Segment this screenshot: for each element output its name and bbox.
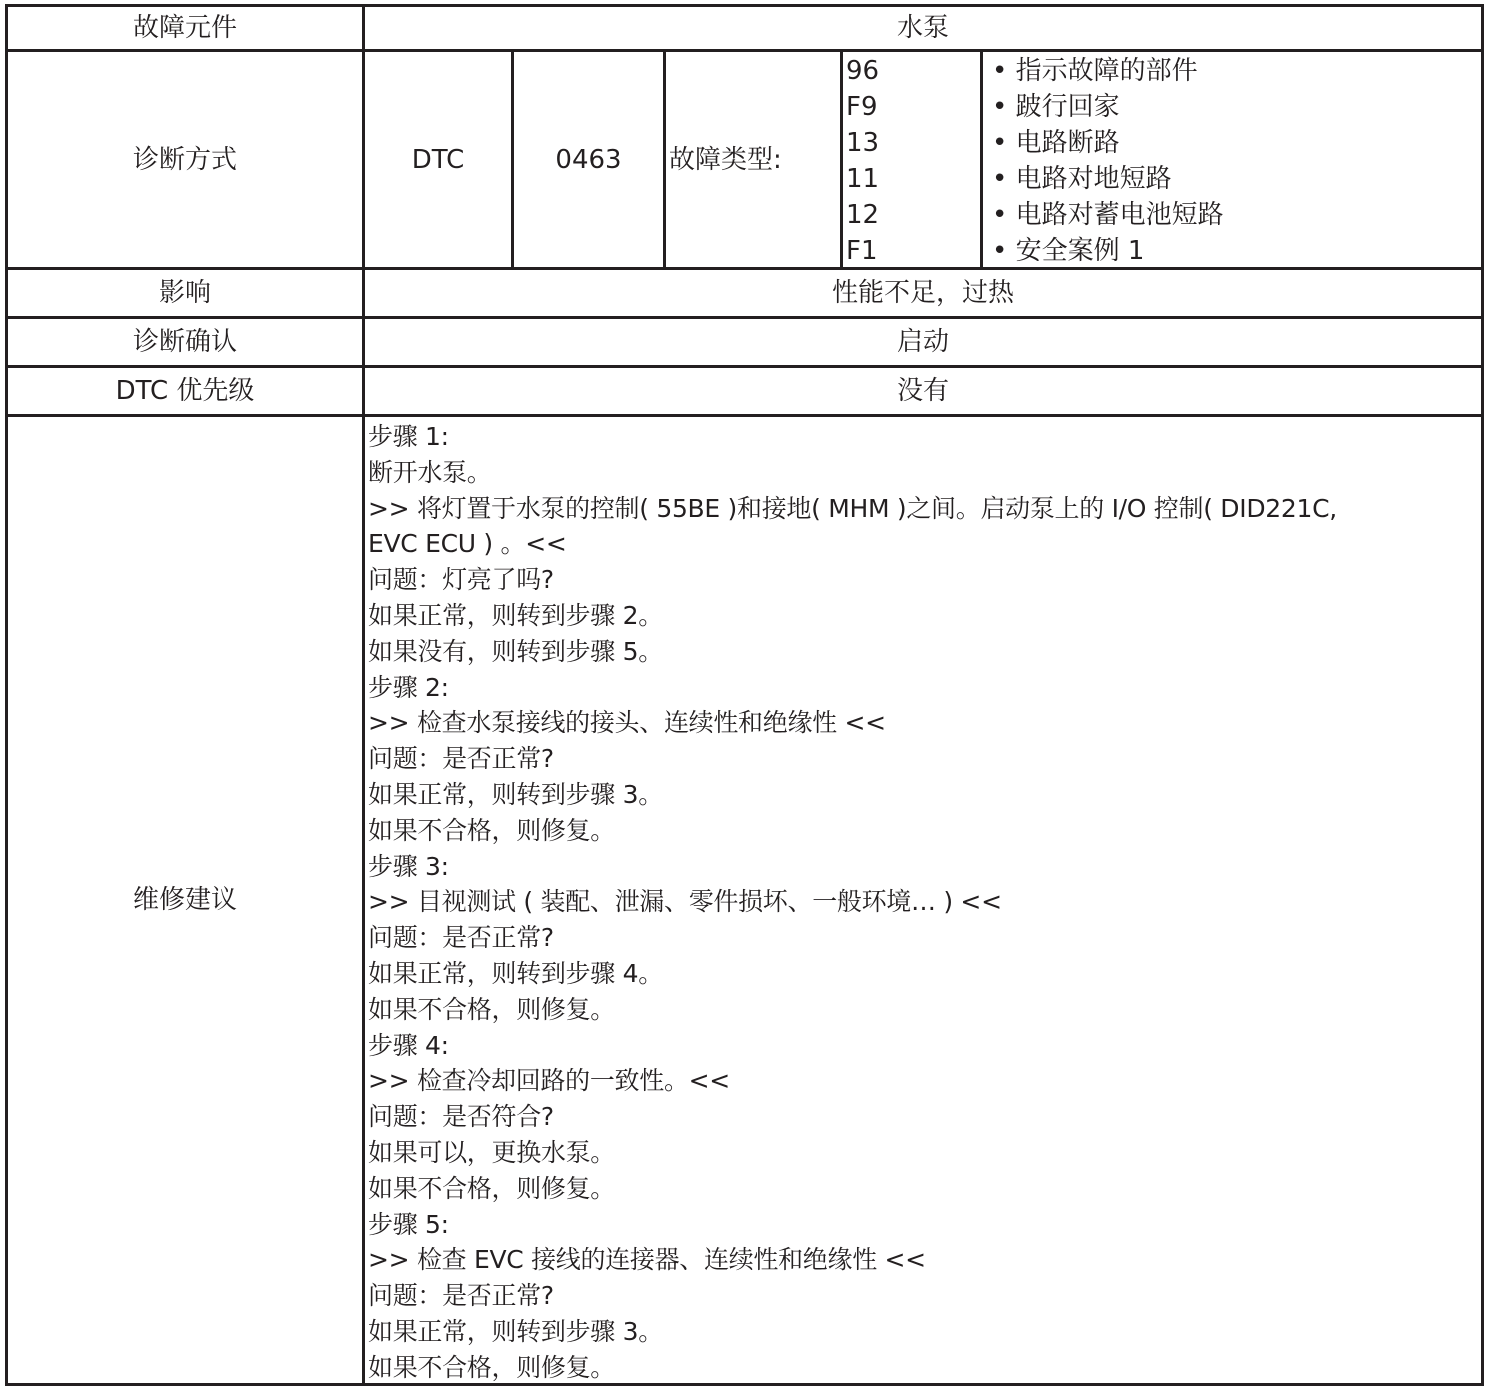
effect-label: 影响 — [8, 270, 362, 316]
step-line: 如果正常，则转到步骤 3。 — [368, 777, 1480, 813]
step-line: 如果不合格，则修复。 — [368, 992, 1480, 1028]
repair-steps: 步骤 1: 断开水泵。 >> 将灯置于水泵的控制( 55BE )和接地( MHM… — [368, 419, 1480, 1386]
priority-label: DTC 优先级 — [8, 368, 362, 414]
step-line: 如果没有，则转到步骤 5。 — [368, 634, 1480, 670]
step-line: >> 目视测试 ( 装配、泄漏、零件损坏、一般环境… ) << — [368, 884, 1480, 920]
step-line: 如果不合格，则修复。 — [368, 1171, 1480, 1207]
fault-code: F1 — [846, 233, 878, 269]
column-divider — [663, 49, 666, 270]
fault-description: • 电路断路 — [992, 125, 1120, 161]
fault-type-label: 故障类型: — [669, 52, 840, 267]
step-line: EVC ECU ) 。<< — [368, 526, 1480, 562]
step-line: >> 检查 EVC 接线的连接器、连续性和绝缘性 << — [368, 1242, 1480, 1278]
confirmation-value: 启动 — [365, 319, 1481, 365]
step-line: 断开水泵。 — [368, 455, 1480, 491]
fault-description: • 指示故障的部件 — [992, 53, 1198, 89]
confirmation-label: 诊断确认 — [8, 319, 362, 365]
fault-code: F9 — [846, 89, 878, 125]
fault-description: • 电路对地短路 — [992, 161, 1172, 197]
component-label: 故障元件 — [8, 7, 362, 49]
fault-code: 13 — [846, 125, 879, 161]
fault-description: • 跛行回家 — [992, 89, 1120, 125]
repair-label: 维修建议 — [8, 417, 362, 1383]
fault-code: 11 — [846, 161, 879, 197]
fault-description: • 电路对蓄电池短路 — [992, 197, 1224, 233]
step-line: >> 检查冷却回路的一致性。<< — [368, 1063, 1480, 1099]
fault-codes-list: 96 F9 13 11 12 F1 — [846, 54, 980, 267]
step-line: 如果正常，则转到步骤 3。 — [368, 1314, 1480, 1350]
step-line: 问题：是否正常? — [368, 1278, 1480, 1314]
step-line: >> 检查水泵接线的接头、连续性和绝缘性 << — [368, 705, 1480, 741]
column-divider — [980, 49, 983, 270]
step-line: 如果不合格，则修复。 — [368, 1350, 1480, 1386]
fault-descriptions-list: • 指示故障的部件 • 跛行回家 • 电路断路 • 电路对地短路 • 电路对蓄电… — [992, 54, 1480, 267]
fault-code: 12 — [846, 197, 879, 233]
step-line: 问题：是否符合? — [368, 1099, 1480, 1135]
step-line: 如果不合格，则修复。 — [368, 813, 1480, 849]
effect-value: 性能不足，过热 — [365, 270, 1481, 316]
step-line: 步骤 5: — [368, 1207, 1480, 1243]
step-line: 如果正常，则转到步骤 4。 — [368, 956, 1480, 992]
step-line: 步骤 2: — [368, 670, 1480, 706]
step-line: 步骤 3: — [368, 849, 1480, 885]
step-line: 问题：是否正常? — [368, 741, 1480, 777]
diagnosis-method-label: 诊断方式 — [8, 52, 362, 267]
step-line: 步骤 1: — [368, 419, 1480, 455]
diagnosis-method-value: DTC — [365, 52, 511, 267]
step-line: 如果可以，更换水泵。 — [368, 1135, 1480, 1171]
fault-description: • 安全案例 1 — [992, 233, 1144, 269]
step-line: 问题：是否正常? — [368, 920, 1480, 956]
fault-code: 96 — [846, 53, 879, 89]
column-divider — [840, 49, 843, 270]
priority-value: 没有 — [365, 368, 1481, 414]
dtc-code: 0463 — [514, 52, 663, 267]
step-line: 步骤 4: — [368, 1028, 1480, 1064]
component-value: 水泵 — [365, 7, 1481, 49]
step-line: 问题：灯亮了吗? — [368, 562, 1480, 598]
step-line: >> 将灯置于水泵的控制( 55BE )和接地( MHM )之间。启动泵上的 I… — [368, 491, 1480, 527]
step-line: 如果正常，则转到步骤 2。 — [368, 598, 1480, 634]
